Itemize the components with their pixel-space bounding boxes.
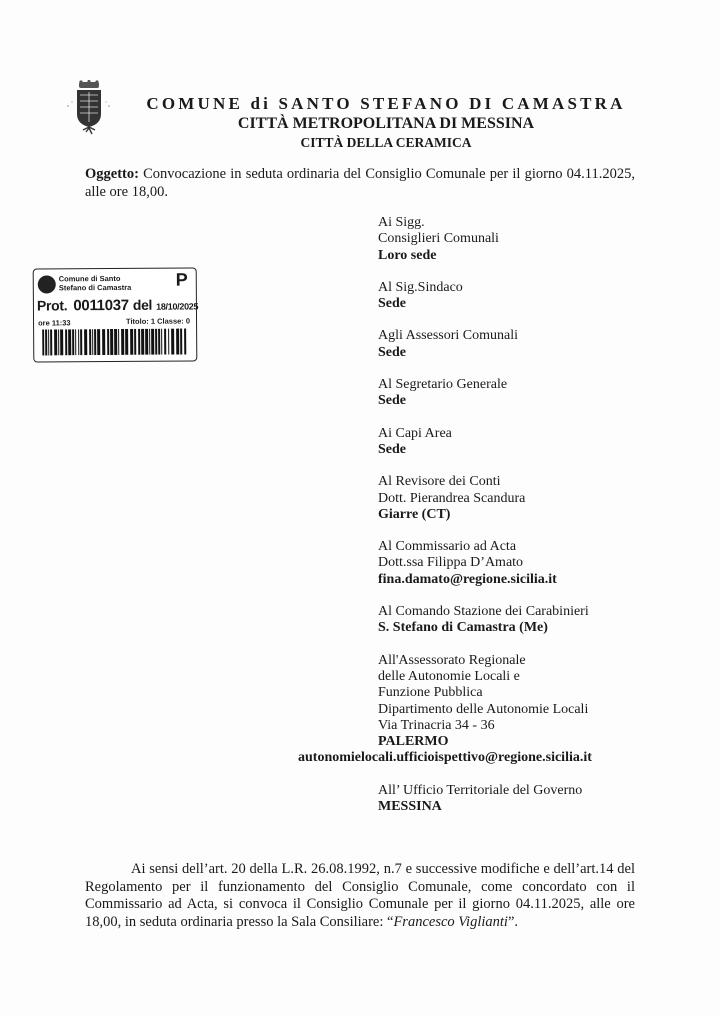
recipient-line: Via Trinacria 34 - 36: [378, 718, 638, 734]
city-tagline: CITTÀ DELLA CERAMICA: [0, 135, 720, 151]
stamp-flag: P: [176, 269, 188, 290]
recipient-block: All'Assessorato Regionaledelle Autonomie…: [378, 653, 638, 767]
venue-name: Francesco Viglianti: [393, 914, 508, 930]
protocol-number-line: Prot.0011037del18/10/2025: [37, 296, 198, 314]
recipient-block: All’ Ufficio Territoriale del GovernoMES…: [378, 783, 638, 816]
metro-city-title: CITTÀ METROPOLITANA DI MESSINA: [0, 115, 720, 133]
subject-text: Convocazione in seduta ordinaria del Con…: [85, 166, 635, 200]
recipient-location: Loro sede: [378, 248, 638, 264]
recipient-block: Ai Capi AreaSede: [378, 426, 638, 459]
stamp-organization: Comune di Santo Stefano di Camastra: [59, 274, 132, 293]
recipient-line: Consiglieri Comunali: [378, 231, 638, 247]
recipient-block: Al Sig.SindacoSede: [378, 280, 638, 313]
recipient-location: MESSINA: [378, 799, 638, 815]
recipient-line: Agli Assessori Comunali: [378, 328, 638, 344]
recipient-location: Sede: [378, 442, 638, 458]
recipient-line: Al Revisore dei Conti: [378, 474, 638, 490]
recipient-line: Dipartimento delle Autonomie Locali: [378, 702, 638, 718]
protocol-time: ore 11:33: [38, 318, 71, 327]
recipient-block: Al Revisore dei ContiDott. Pierandrea Sc…: [378, 474, 638, 523]
recipient-location: PALERMO: [378, 734, 638, 750]
recipient-line: Dott.ssa Filippa D’Amato: [378, 555, 638, 571]
convocation-text-end: ”.: [508, 914, 518, 930]
prot-label: Prot.: [37, 297, 68, 313]
protocol-date: 18/10/2025: [156, 301, 198, 311]
subject-paragraph: Oggetto: Convocazione in seduta ordinari…: [85, 165, 635, 201]
recipient-line: Funzione Pubblica: [378, 685, 638, 701]
convocation-paragraph: Ai sensi dell’art. 20 della L.R. 26.08.1…: [85, 861, 635, 931]
recipient-line: Al Segretario Generale: [378, 377, 638, 393]
recipient-location: Sede: [378, 296, 638, 312]
recipient-block: Al Comando Stazione dei CarabinieriS. St…: [378, 604, 638, 637]
subject-label: Oggetto:: [85, 166, 139, 182]
recipient-block: Ai Sigg.Consiglieri ComunaliLoro sede: [378, 215, 638, 264]
recipient-line: Al Commissario ad Acta: [378, 539, 638, 555]
recipient-email: autonomielocali.ufficioispettivo@regione…: [298, 750, 638, 766]
recipient-location: S. Stefano di Camastra (Me): [378, 620, 638, 636]
recipient-line: Dott. Pierandrea Scandura: [378, 491, 638, 507]
recipient-line: Al Sig.Sindaco: [378, 280, 638, 296]
recipient-line: Ai Capi Area: [378, 426, 638, 442]
recipient-location: Giarre (CT): [378, 507, 638, 523]
protocol-number: 0011037: [73, 297, 129, 314]
protocol-classification: Titolo: 1 Classe: 0: [126, 316, 190, 325]
recipient-line: All'Assessorato Regionale: [378, 653, 638, 669]
recipient-line: Al Comando Stazione dei Carabinieri: [378, 604, 638, 620]
recipient-location: Sede: [378, 345, 638, 361]
recipient-block: Agli Assessori ComunaliSede: [378, 328, 638, 361]
stamp-org-line: Comune di Santo: [59, 274, 132, 284]
stamp-crest-icon: [38, 275, 56, 293]
recipient-location: fina.damato@regione.sicilia.it: [378, 572, 638, 588]
recipient-block: Al Segretario GeneraleSede: [378, 377, 638, 410]
recipient-line: All’ Ufficio Territoriale del Governo: [378, 783, 638, 799]
del-label: del: [133, 297, 152, 313]
stamp-org-line: Stefano di Camastra: [59, 283, 132, 293]
protocol-stamp: Comune di Santo Stefano di Camastra P Pr…: [33, 267, 198, 362]
barcode-icon: [42, 328, 188, 355]
recipient-block: Al Commissario ad ActaDott.ssa Filippa D…: [378, 539, 638, 588]
recipient-line: delle Autonomie Locali e: [378, 669, 638, 685]
recipients-list: Ai Sigg.Consiglieri ComunaliLoro sedeAl …: [378, 215, 638, 831]
convocation-text: Ai sensi dell’art. 20 della L.R. 26.08.1…: [85, 861, 635, 930]
municipality-title: COMUNE di SANTO STEFANO DI CAMASTRA: [0, 94, 720, 114]
recipient-line: Ai Sigg.: [378, 215, 638, 231]
recipient-location: Sede: [378, 393, 638, 409]
